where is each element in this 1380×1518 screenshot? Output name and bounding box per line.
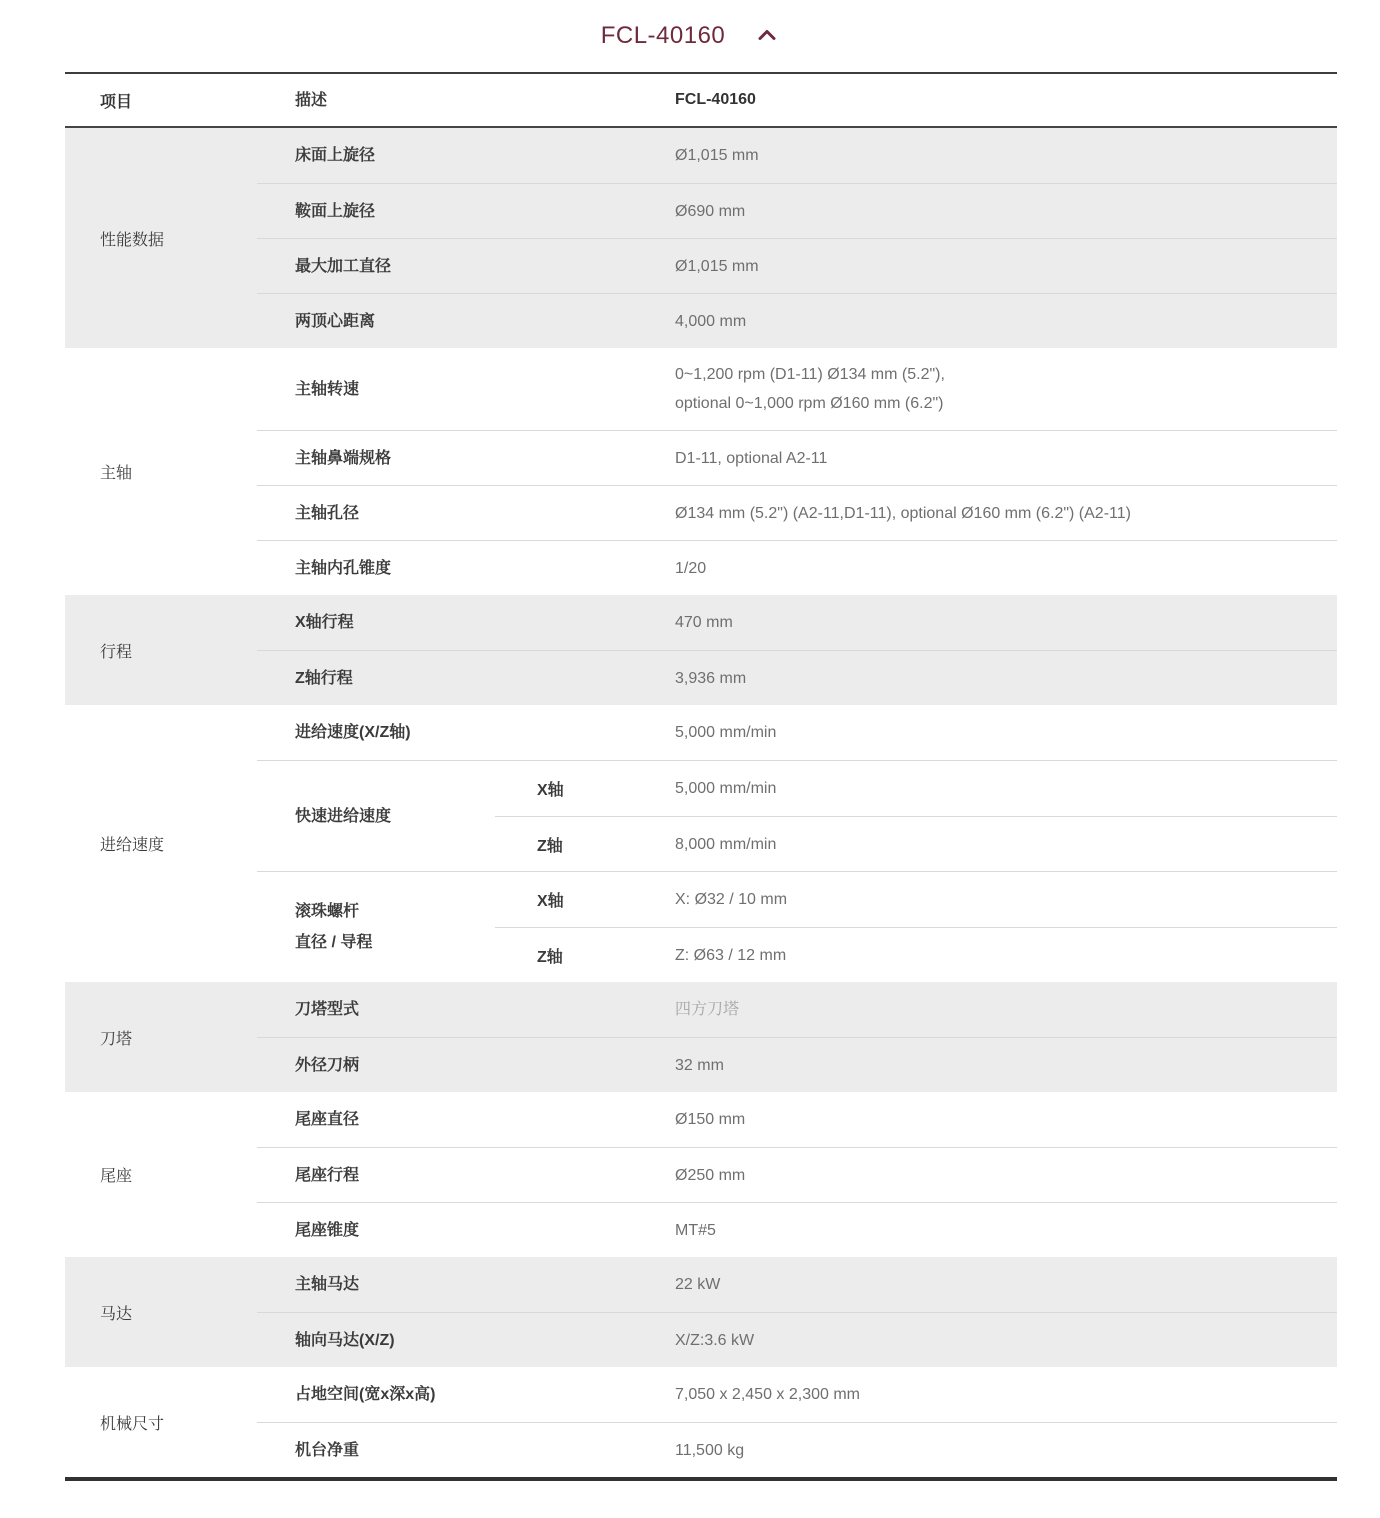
spec-value: Ø1,015 mm	[675, 240, 1337, 293]
spec-row: 尾座直径Ø150 mm	[257, 1092, 1337, 1147]
spec-rows: 主轴转速0~1,200 rpm (D1-11) Ø134 mm (5.2"), …	[257, 348, 1337, 595]
spec-value: Ø150 mm	[675, 1093, 1337, 1146]
spec-row: 进给速度(X/Z轴)5,000 mm/min	[257, 705, 1337, 760]
spec-rows: 刀塔型式四方刀塔外径刀柄32 mm	[257, 982, 1337, 1092]
spec-row: 机台净重11,500 kg	[257, 1422, 1337, 1477]
spec-table: 项目 描述 FCL-40160 性能数据床面上旋径Ø1,015 mm鞍面上旋径Ø…	[65, 72, 1337, 1481]
spec-row: 主轴马达22 kW	[257, 1257, 1337, 1312]
spec-label: 最大加工直径	[257, 251, 675, 282]
spec-rows: 床面上旋径Ø1,015 mm鞍面上旋径Ø690 mm最大加工直径Ø1,015 m…	[257, 128, 1337, 348]
spec-label: 轴向马达(X/Z)	[257, 1325, 675, 1356]
spec-group: 进给速度进给速度(X/Z轴)5,000 mm/min快速进给速度X轴5,000 …	[65, 705, 1337, 982]
spec-row: Z轴行程3,936 mm	[257, 650, 1337, 705]
spec-label: 主轴孔径	[257, 498, 675, 529]
spec-label: 外径刀柄	[257, 1050, 675, 1081]
spec-value: 11,500 kg	[675, 1424, 1337, 1477]
axis-label: Z轴	[495, 944, 675, 967]
category-cell: 进给速度	[65, 705, 257, 982]
spec-row: 占地空间(宽x深x高)7,050 x 2,450 x 2,300 mm	[257, 1367, 1337, 1422]
spec-value: 32 mm	[675, 1039, 1337, 1092]
spec-label: 尾座行程	[257, 1160, 675, 1191]
spec-value: 470 mm	[675, 596, 1337, 649]
spec-value: 8,000 mm/min	[675, 818, 1337, 871]
axis-label: X轴	[495, 888, 675, 911]
category-cell: 主轴	[65, 348, 257, 595]
spec-value: 5,000 mm/min	[675, 706, 1337, 759]
spec-label: 鞍面上旋径	[257, 196, 675, 227]
spec-table-body: 性能数据床面上旋径Ø1,015 mm鞍面上旋径Ø690 mm最大加工直径Ø1,0…	[65, 128, 1337, 1477]
spec-label: 进给速度(X/Z轴)	[257, 717, 675, 748]
chevron-up-icon[interactable]	[755, 24, 779, 48]
spec-value: 5,000 mm/min	[675, 762, 1337, 815]
spec-value: 四方刀塔	[675, 983, 1337, 1036]
category-cell: 机械尺寸	[65, 1367, 257, 1477]
spec-label: 主轴内孔锥度	[257, 553, 675, 584]
spec-value: Ø134 mm (5.2") (A2-11,D1-11), optional Ø…	[675, 487, 1337, 540]
spec-value: 0~1,200 rpm (D1-11) Ø134 mm (5.2"), opti…	[675, 348, 1337, 430]
spec-row: 刀塔型式四方刀塔	[257, 982, 1337, 1037]
axis-subrows: X轴5,000 mm/minZ轴8,000 mm/min	[495, 761, 1337, 871]
spec-rows: 主轴马达22 kW轴向马达(X/Z)X/Z:3.6 kW	[257, 1257, 1337, 1367]
spec-label: 滚珠螺杆 直径 / 导程	[257, 896, 495, 958]
spec-label: Z轴行程	[257, 663, 675, 694]
spec-value: X/Z:3.6 kW	[675, 1314, 1337, 1367]
category-cell: 刀塔	[65, 982, 257, 1092]
spec-label: 占地空间(宽x深x高)	[257, 1379, 675, 1410]
spec-value: Ø690 mm	[675, 185, 1337, 238]
spec-label: 主轴转速	[257, 374, 675, 405]
spec-row: X轴行程470 mm	[257, 595, 1337, 650]
category-cell: 性能数据	[65, 128, 257, 348]
spec-value: MT#5	[675, 1204, 1337, 1257]
axis-subrows: X轴X: Ø32 / 10 mmZ轴Z: Ø63 / 12 mm	[495, 872, 1337, 982]
axis-subrow: Z轴8,000 mm/min	[495, 816, 1337, 871]
category-cell: 尾座	[65, 1092, 257, 1257]
axis-label: X轴	[495, 777, 675, 800]
spec-row: 主轴转速0~1,200 rpm (D1-11) Ø134 mm (5.2"), …	[257, 348, 1337, 430]
spec-row: 主轴内孔锥度1/20	[257, 540, 1337, 595]
spec-value: X: Ø32 / 10 mm	[675, 873, 1337, 926]
spec-row: 轴向马达(X/Z)X/Z:3.6 kW	[257, 1312, 1337, 1367]
table-header: 项目 描述 FCL-40160	[65, 74, 1337, 128]
spec-value: 7,050 x 2,450 x 2,300 mm	[675, 1368, 1337, 1421]
spec-label: 两顶心距离	[257, 306, 675, 337]
spec-group: 行程X轴行程470 mmZ轴行程3,936 mm	[65, 595, 1337, 705]
spec-group: 尾座尾座直径Ø150 mm尾座行程Ø250 mm尾座锥度MT#5	[65, 1092, 1337, 1257]
spec-row: 外径刀柄32 mm	[257, 1037, 1337, 1092]
spec-label: 快速进给速度	[257, 801, 495, 832]
spec-rows: 占地空间(宽x深x高)7,050 x 2,450 x 2,300 mm机台净重1…	[257, 1367, 1337, 1477]
spec-row: 滚珠螺杆 直径 / 导程X轴X: Ø32 / 10 mmZ轴Z: Ø63 / 1…	[257, 871, 1337, 982]
axis-subrow: X轴X: Ø32 / 10 mm	[495, 872, 1337, 927]
spec-row: 主轴孔径Ø134 mm (5.2") (A2-11,D1-11), option…	[257, 485, 1337, 540]
spec-value: D1-11, optional A2-11	[675, 432, 1337, 485]
spec-row: 两顶心距离4,000 mm	[257, 293, 1337, 348]
spec-value: 4,000 mm	[675, 295, 1337, 348]
spec-value: 22 kW	[675, 1258, 1337, 1311]
spec-label: 尾座锥度	[257, 1215, 675, 1246]
column-header-description: 描述	[257, 85, 675, 116]
axis-subrow: Z轴Z: Ø63 / 12 mm	[495, 927, 1337, 982]
spec-group: 性能数据床面上旋径Ø1,015 mm鞍面上旋径Ø690 mm最大加工直径Ø1,0…	[65, 128, 1337, 348]
category-cell: 马达	[65, 1257, 257, 1367]
spec-label: X轴行程	[257, 607, 675, 638]
spec-value: 3,936 mm	[675, 652, 1337, 705]
spec-rows: 进给速度(X/Z轴)5,000 mm/min快速进给速度X轴5,000 mm/m…	[257, 705, 1337, 982]
axis-subrow: X轴5,000 mm/min	[495, 761, 1337, 816]
spec-value: Ø250 mm	[675, 1149, 1337, 1202]
spec-group: 主轴主轴转速0~1,200 rpm (D1-11) Ø134 mm (5.2")…	[65, 348, 1337, 595]
model-header-toggle[interactable]: FCL-40160	[0, 0, 1380, 72]
column-header-item: 项目	[65, 89, 257, 112]
spec-label: 机台净重	[257, 1435, 675, 1466]
spec-label: 刀塔型式	[257, 994, 675, 1025]
spec-row: 尾座锥度MT#5	[257, 1202, 1337, 1257]
spec-group: 刀塔刀塔型式四方刀塔外径刀柄32 mm	[65, 982, 1337, 1092]
spec-label: 主轴马达	[257, 1269, 675, 1300]
spec-label: 尾座直径	[257, 1104, 675, 1135]
page-title: FCL-40160	[601, 22, 726, 50]
spec-value: Z: Ø63 / 12 mm	[675, 929, 1337, 982]
spec-row: 最大加工直径Ø1,015 mm	[257, 238, 1337, 293]
axis-label: Z轴	[495, 833, 675, 856]
spec-value: Ø1,015 mm	[675, 129, 1337, 182]
spec-rows: 尾座直径Ø150 mm尾座行程Ø250 mm尾座锥度MT#5	[257, 1092, 1337, 1257]
spec-row: 尾座行程Ø250 mm	[257, 1147, 1337, 1202]
column-header-model: FCL-40160	[675, 91, 1337, 109]
spec-value: 1/20	[675, 542, 1337, 595]
category-cell: 行程	[65, 595, 257, 705]
spec-row: 主轴鼻端规格D1-11, optional A2-11	[257, 430, 1337, 485]
spec-group: 马达主轴马达22 kW轴向马达(X/Z)X/Z:3.6 kW	[65, 1257, 1337, 1367]
spec-row: 床面上旋径Ø1,015 mm	[257, 128, 1337, 183]
spec-row: 鞍面上旋径Ø690 mm	[257, 183, 1337, 238]
spec-rows: X轴行程470 mmZ轴行程3,936 mm	[257, 595, 1337, 705]
spec-label: 主轴鼻端规格	[257, 443, 675, 474]
spec-group: 机械尺寸占地空间(宽x深x高)7,050 x 2,450 x 2,300 mm机…	[65, 1367, 1337, 1477]
spec-row: 快速进给速度X轴5,000 mm/minZ轴8,000 mm/min	[257, 760, 1337, 871]
spec-label: 床面上旋径	[257, 140, 675, 171]
